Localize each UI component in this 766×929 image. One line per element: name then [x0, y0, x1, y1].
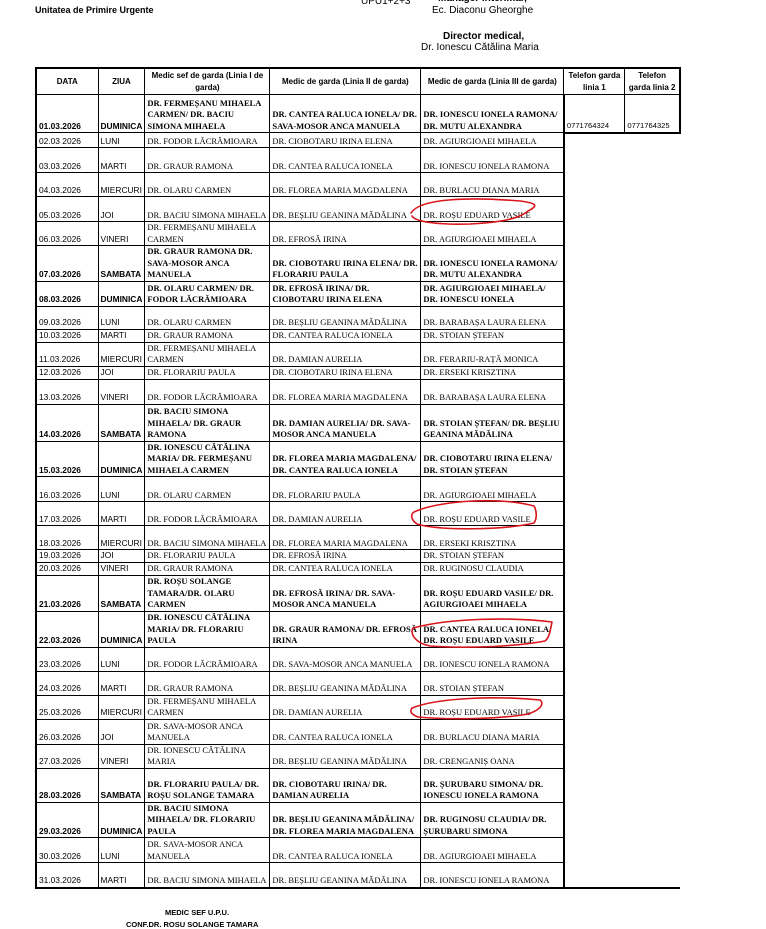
- date-cell: 29.03.2026: [36, 802, 98, 838]
- empty-cell: [625, 526, 680, 550]
- day-cell: SAMBATA: [98, 575, 145, 611]
- line2-doctor-cell: DR. FLOREA MARIA MAGDALENA: [270, 379, 421, 404]
- line2-doctor-cell: DR. BEȘLIU GEANINA MĂDĂLINA: [270, 671, 421, 695]
- line3-doctor-cell: DR. ROȘU EDUARD VASILE: [421, 502, 564, 526]
- column-header-date: DATA: [36, 68, 98, 95]
- empty-cell: [564, 695, 625, 719]
- line2-doctor-cell: DR. CANTEA RALUCA IONELA: [270, 838, 421, 863]
- line1-doctor-cell: DR. GRAUR RAMONA: [145, 148, 270, 173]
- line3-doctor-cell: DR. CIOBOTARU IRINA ELENA/ DR. STOIAN ȘT…: [421, 441, 564, 477]
- empty-cell: [625, 441, 680, 477]
- table-row: 22.03.2026DUMINICADR. IONESCU CĂTĂLINA M…: [36, 611, 680, 647]
- empty-cell: [625, 366, 680, 379]
- date-cell: 31.03.2026: [36, 863, 98, 888]
- day-cell: VINERI: [98, 222, 145, 246]
- day-cell: MARTI: [98, 502, 145, 526]
- empty-cell: [564, 838, 625, 863]
- line2-doctor-cell: DR. EFROSĂ IRINA/ DR. CIOBOTARU IRINA EL…: [270, 281, 421, 306]
- day-cell: LUNI: [98, 647, 145, 671]
- line2-doctor-cell: DR. DAMIAN AURELIA: [270, 342, 421, 366]
- empty-cell: [625, 611, 680, 647]
- line3-doctor-cell: DR. BARABAȘA LAURA ELENA: [421, 306, 564, 329]
- director-name: Dr. Ionescu Cătălina Maria: [421, 42, 539, 53]
- line1-doctor-cell: DR. BACIU SIMONA MIHAELA: [145, 526, 270, 550]
- line3-doctor-cell: DR. FERARIU-RAȚĂ MONICA: [421, 342, 564, 366]
- manager-name: Ec. Diaconu Gheorghe: [432, 5, 533, 16]
- empty-cell: [564, 562, 625, 575]
- line1-doctor-cell: DR. FLORARIU PAULA/ DR. ROȘU SOLANGE TAM…: [145, 768, 270, 802]
- empty-cell: [564, 611, 625, 647]
- line1-doctor-cell: DR. FERMEȘANU MIHAELA CARMEN: [145, 695, 270, 719]
- line2-doctor-cell: DR. CANTEA RALUCA IONELA: [270, 562, 421, 575]
- empty-cell: [625, 802, 680, 838]
- line3-doctor-cell: DR. STOIAN ȘTEFAN: [421, 671, 564, 695]
- table-row: 16.03.2026LUNIDR. OLARU CARMENDR. FLORAR…: [36, 477, 680, 502]
- date-cell: 15.03.2026: [36, 441, 98, 477]
- line2-doctor-cell: DR. CANTEA RALUCA IONELA/ DR. SAVA-MOSOR…: [270, 95, 421, 133]
- table-row: 30.03.2026LUNIDR. SAVA-MOSOR ANCA MANUEL…: [36, 838, 680, 863]
- line1-doctor-cell: DR. SAVA-MOSOR ANCA MANUELA: [145, 719, 270, 744]
- empty-cell: [564, 863, 625, 888]
- empty-cell: [625, 148, 680, 173]
- empty-cell: [564, 502, 625, 526]
- line3-doctor-cell: DR. IONESCU IONELA RAMONA/ DR. MUTU ALEX…: [421, 246, 564, 282]
- line2-doctor-cell: DR. EFROSĂ IRINA/ DR. SAVA-MOSOR ANCA MA…: [270, 575, 421, 611]
- date-cell: 02.03 2026: [36, 133, 98, 148]
- empty-cell: [625, 197, 680, 222]
- line3-doctor-cell: DR. IONESCU IONELA RAMONA: [421, 148, 564, 173]
- day-cell: SAMBATA: [98, 246, 145, 282]
- table-row: 14.03.2026SAMBATADR. BACIU SIMONA MIHAEL…: [36, 404, 680, 441]
- date-cell: 17.03.2026: [36, 502, 98, 526]
- line3-doctor-cell: DR. AGIURGIOAEI MIHAELA: [421, 838, 564, 863]
- date-cell: 08.03.2026: [36, 281, 98, 306]
- line3-doctor-cell: DR. ERSEKI KRISZTINA: [421, 526, 564, 550]
- line2-doctor-cell: DR. CANTEA RALUCA IONELA: [270, 329, 421, 342]
- empty-cell: [625, 647, 680, 671]
- day-cell: MIERCURI: [98, 342, 145, 366]
- day-cell: DUMINICA: [98, 281, 145, 306]
- footer-title: MEDIC SEF U.P.U.: [165, 908, 229, 917]
- date-cell: 07.03.2026: [36, 246, 98, 282]
- line1-doctor-cell: DR. SAVA-MOSOR ANCA MANUELA: [145, 838, 270, 863]
- line2-doctor-cell: DR. FLOREA MARIA MAGDALENA: [270, 173, 421, 197]
- date-cell: 04.03.2026: [36, 173, 98, 197]
- day-cell: SAMBATA: [98, 768, 145, 802]
- date-cell: 11.03.2026: [36, 342, 98, 366]
- line1-doctor-cell: DR. BACIU SIMONA MIHAELA/ DR. FLORARIU P…: [145, 802, 270, 838]
- line1-doctor-cell: DR. BACIU SIMONA MIHAELA: [145, 863, 270, 888]
- manager-title: Manager interimar,: [438, 0, 527, 4]
- empty-cell: [564, 379, 625, 404]
- table-row: 10.03.2026MARTIDR. GRAUR RAMONADR. CANTE…: [36, 329, 680, 342]
- line2-doctor-cell: DR. GRAUR RAMONA/ DR. EFROSĂ IRINA: [270, 611, 421, 647]
- empty-cell: [625, 281, 680, 306]
- day-cell: SAMBATA: [98, 404, 145, 441]
- empty-cell: [564, 768, 625, 802]
- table-row: 09.03.2026LUNIDR. OLARU CARMENDR. BEȘLIU…: [36, 306, 680, 329]
- table-row: 15.03.2026DUMINICADR. IONESCU CĂTĂLINA M…: [36, 441, 680, 477]
- line1-doctor-cell: DR. BACIU SIMONA MIHAELA: [145, 197, 270, 222]
- line2-doctor-cell: DR. CANTEA RALUCA IONELA: [270, 148, 421, 173]
- day-cell: MIERCURI: [98, 173, 145, 197]
- empty-cell: [564, 173, 625, 197]
- empty-cell: [625, 863, 680, 888]
- line2-doctor-cell: DR. BEȘLIU GEANINA MĂDĂLINA: [270, 306, 421, 329]
- date-cell: 10.03.2026: [36, 329, 98, 342]
- table-row: 29.03.2026DUMINICADR. BACIU SIMONA MIHAE…: [36, 802, 680, 838]
- line1-doctor-cell: DR. FLORARIU PAULA: [145, 366, 270, 379]
- table-header-row: DATA ZIUA Medic sef de garda (Linia I de…: [36, 68, 680, 95]
- empty-cell: [564, 719, 625, 744]
- line3-doctor-cell: DR. AGIURGIOAEI MIHAELA: [421, 222, 564, 246]
- line1-doctor-cell: DR. GRAUR RAMONA DR. SAVA-MOSOR ANCA MAN…: [145, 246, 270, 282]
- line1-doctor-cell: DR. FODOR LĂCRĂMIOARA: [145, 502, 270, 526]
- line3-doctor-cell: DR. IONESCU IONELA RAMONA/ DR. MUTU ALEX…: [421, 95, 564, 133]
- day-cell: DUMINICA: [98, 95, 145, 133]
- empty-cell: [625, 744, 680, 768]
- table-row: 06.03.2026VINERIDR. FERMEȘANU MIHAELA CA…: [36, 222, 680, 246]
- date-cell: 09.03.2026: [36, 306, 98, 329]
- date-cell: 19.03.2026: [36, 550, 98, 563]
- line2-doctor-cell: DR. CIOBOTARU IRINA/ DR. DAMIAN AURELIA: [270, 768, 421, 802]
- line3-doctor-cell: DR. ERSEKI KRISZTINA: [421, 366, 564, 379]
- line1-doctor-cell: DR. FODOR LĂCRĂMIOARA: [145, 133, 270, 148]
- day-cell: MIERCURI: [98, 526, 145, 550]
- column-header-line2: Medic de garda (Linia II de garda): [270, 68, 421, 95]
- duty-schedule-table: DATA ZIUA Medic sef de garda (Linia I de…: [35, 67, 681, 889]
- line1-doctor-cell: DR. FERMEȘANU MIHAELA CARMEN/ DR. BACIU …: [145, 95, 270, 133]
- line3-doctor-cell: DR. IONESCU IONELA RAMONA: [421, 863, 564, 888]
- day-cell: MARTI: [98, 863, 145, 888]
- day-cell: VINERI: [98, 744, 145, 768]
- line2-doctor-cell: DR. DAMIAN AURELIA: [270, 695, 421, 719]
- date-cell: 05.03.2026: [36, 197, 98, 222]
- date-cell: 30.03.2026: [36, 838, 98, 863]
- line2-doctor-cell: DR. EFROSĂ IRINA: [270, 550, 421, 563]
- empty-cell: [564, 281, 625, 306]
- line2-doctor-cell: DR. EFROSĂ IRINA: [270, 222, 421, 246]
- line2-doctor-cell: DR. CIOBOTARU IRINA ELENA: [270, 366, 421, 379]
- table-row: 28.03.2026SAMBATADR. FLORARIU PAULA/ DR.…: [36, 768, 680, 802]
- line2-doctor-cell: DR. FLOREA MARIA MAGDALENA: [270, 526, 421, 550]
- table-row: 23.03.2026LUNIDR. FODOR LĂCRĂMIOARADR. S…: [36, 647, 680, 671]
- table-row: 19.03.2026JOIDR. FLORARIU PAULADR. EFROS…: [36, 550, 680, 563]
- unit-name: Unitatea de Primire Urgente: [35, 5, 154, 15]
- line1-doctor-cell: DR. OLARU CARMEN/ DR. FODOR LĂCRĂMIOARA: [145, 281, 270, 306]
- empty-cell: [625, 222, 680, 246]
- line2-doctor-cell: DR. FLOREA MARIA MAGDALENA/ DR. CANTEA R…: [270, 441, 421, 477]
- empty-cell: [564, 342, 625, 366]
- table-row: 25.03.2026MIERCURIDR. FERMEȘANU MIHAELA …: [36, 695, 680, 719]
- line1-doctor-cell: DR. ROȘU SOLANGE TAMARA/DR. OLARU CARMEN: [145, 575, 270, 611]
- table-row: 07.03.2026SAMBATADR. GRAUR RAMONA DR. SA…: [36, 246, 680, 282]
- date-cell: 23.03.2026: [36, 647, 98, 671]
- table-row: 08.03.2026DUMINICADR. OLARU CARMEN/ DR. …: [36, 281, 680, 306]
- table-row: 21.03.2026SAMBATADR. ROȘU SOLANGE TAMARA…: [36, 575, 680, 611]
- day-cell: JOI: [98, 366, 145, 379]
- column-header-line3: Medic de garda (Linia III de garda): [421, 68, 564, 95]
- empty-cell: [625, 838, 680, 863]
- empty-cell: [625, 719, 680, 744]
- line1-doctor-cell: DR. FERMEȘANU MIHAELA CARMEN: [145, 222, 270, 246]
- line1-doctor-cell: DR. OLARU CARMEN: [145, 477, 270, 502]
- empty-cell: [564, 477, 625, 502]
- line1-doctor-cell: DR. FODOR LĂCRĂMIOARA: [145, 379, 270, 404]
- empty-cell: [625, 173, 680, 197]
- empty-cell: [625, 550, 680, 563]
- empty-cell: [625, 306, 680, 329]
- empty-cell: [625, 671, 680, 695]
- line1-doctor-cell: DR. BACIU SIMONA MIHAELA/ DR. GRAUR RAMO…: [145, 404, 270, 441]
- line2-doctor-cell: DR. BEȘLIU GEANINA MĂDĂLINA: [270, 863, 421, 888]
- line3-doctor-cell: DR. STOIAN ȘTEFAN: [421, 329, 564, 342]
- line3-doctor-cell: DR. BARABAȘA LAURA ELENA: [421, 379, 564, 404]
- empty-cell: [564, 526, 625, 550]
- empty-cell: [625, 575, 680, 611]
- line3-doctor-cell: DR. ROȘU EDUARD VASILE: [421, 197, 564, 222]
- date-cell: 21.03.2026: [36, 575, 98, 611]
- line3-doctor-cell: DR. STOIAN ȘTEFAN: [421, 550, 564, 563]
- empty-cell: [564, 802, 625, 838]
- empty-cell: [625, 342, 680, 366]
- line3-doctor-cell: DR. ROȘU EDUARD VASILE/ DR. AGIURGIOAEI …: [421, 575, 564, 611]
- date-cell: 26.03.2026: [36, 719, 98, 744]
- day-cell: VINERI: [98, 562, 145, 575]
- table-row: 04.03.2026MIERCURIDR. OLARU CARMENDR. FL…: [36, 173, 680, 197]
- day-cell: JOI: [98, 550, 145, 563]
- date-cell: 03.03.2026: [36, 148, 98, 173]
- empty-cell: [625, 768, 680, 802]
- column-header-day: ZIUA: [98, 68, 145, 95]
- day-cell: LUNI: [98, 838, 145, 863]
- column-header-line1: Medic sef de garda (Linia I de garda): [145, 68, 270, 95]
- empty-cell: [625, 404, 680, 441]
- column-header-phone2: Telefon garda linia 2: [625, 68, 680, 95]
- line3-doctor-cell: DR. BURLACU DIANA MARIA: [421, 173, 564, 197]
- empty-cell: [625, 379, 680, 404]
- date-cell: 22.03.2026: [36, 611, 98, 647]
- empty-cell: [564, 647, 625, 671]
- table-row: 17.03.2026MARTIDR. FODOR LĂCRĂMIOARADR. …: [36, 502, 680, 526]
- day-cell: DUMINICA: [98, 611, 145, 647]
- day-cell: MARTI: [98, 671, 145, 695]
- phone-line1: 0771764324: [564, 95, 625, 133]
- date-cell: 20.03.2026: [36, 562, 98, 575]
- line1-doctor-cell: DR. GRAUR RAMONA: [145, 329, 270, 342]
- empty-cell: [564, 671, 625, 695]
- empty-cell: [564, 197, 625, 222]
- date-cell: 13.03.2026: [36, 379, 98, 404]
- table-row: 12.03.2026JOIDR. FLORARIU PAULADR. CIOBO…: [36, 366, 680, 379]
- column-header-phone1: Telefon garda linia 1: [564, 68, 625, 95]
- table-row: 20.03.2026VINERIDR. GRAUR RAMONADR. CANT…: [36, 562, 680, 575]
- table-row: 02.03 2026LUNIDR. FODOR LĂCRĂMIOARADR. C…: [36, 133, 680, 148]
- line2-doctor-cell: DR. BEȘLIU GEANINA MĂDĂLINA: [270, 744, 421, 768]
- date-cell: 14.03.2026: [36, 404, 98, 441]
- line3-doctor-cell: DR. STOIAN ȘTEFAN/ DR. BEȘLIU GEANINA MĂ…: [421, 404, 564, 441]
- line2-doctor-cell: DR. CIOBOTARU IRINA ELENA: [270, 133, 421, 148]
- line3-doctor-cell: DR. ROȘU EDUARD VASILE: [421, 695, 564, 719]
- line1-doctor-cell: DR. FODOR LĂCRĂMIOARA: [145, 647, 270, 671]
- empty-cell: [564, 133, 625, 148]
- line1-doctor-cell: DR. IONESCU CĂTĂLINA MARIA/ DR. FLORARIU…: [145, 611, 270, 647]
- day-cell: DUMINICA: [98, 441, 145, 477]
- line2-doctor-cell: DR. SAVA-MOSOR ANCA MANUELA: [270, 647, 421, 671]
- line2-doctor-cell: DR. DAMIAN AURELIA/ DR. SAVA-MOSOR ANCA …: [270, 404, 421, 441]
- date-cell: 01.03.2026: [36, 95, 98, 133]
- date-cell: 12.03.2026: [36, 366, 98, 379]
- line1-doctor-cell: DR. OLARU CARMEN: [145, 173, 270, 197]
- empty-cell: [564, 575, 625, 611]
- empty-cell: [564, 744, 625, 768]
- empty-cell: [564, 550, 625, 563]
- date-cell: 28.03.2026: [36, 768, 98, 802]
- table-row: 27.03.2026VINERIDR. IONESCU CĂTĂLINA MAR…: [36, 744, 680, 768]
- line3-doctor-cell: DR. RUGINOSU CLAUDIA: [421, 562, 564, 575]
- table-row: 11.03.2026MIERCURIDR. FERMEȘANU MIHAELA …: [36, 342, 680, 366]
- line3-doctor-cell: DR. AGIURGIOAEI MIHAELA: [421, 477, 564, 502]
- day-cell: MIERCURI: [98, 695, 145, 719]
- day-cell: JOI: [98, 197, 145, 222]
- line1-doctor-cell: DR. FERMEȘANU MIHAELA CARMEN: [145, 342, 270, 366]
- line3-doctor-cell: DR. ȘURUBARU SIMONA/ DR. IONESCU IONELA …: [421, 768, 564, 802]
- empty-cell: [625, 133, 680, 148]
- line3-doctor-cell: DR. BURLACU DIANA MARIA: [421, 719, 564, 744]
- line2-doctor-cell: DR. FLORARIU PAULA: [270, 477, 421, 502]
- line3-doctor-cell: DR. RUGINOSU CLAUDIA/ DR. ȘURUBARU SIMON…: [421, 802, 564, 838]
- date-cell: 27.03.2026: [36, 744, 98, 768]
- line1-doctor-cell: DR. GRAUR RAMONA: [145, 671, 270, 695]
- line3-doctor-cell: DR. AGIURGIOAEI MIHAELA: [421, 133, 564, 148]
- phone-line2: 0771764325: [625, 95, 680, 133]
- line2-doctor-cell: DR. BEȘLIU GEANINA MĂDĂLINA/ DR. FLOREA …: [270, 802, 421, 838]
- table-row: 18.03.2026MIERCURIDR. BACIU SIMONA MIHAE…: [36, 526, 680, 550]
- table-row: 03.03.2026MARTIDR. GRAUR RAMONADR. CANTE…: [36, 148, 680, 173]
- line1-doctor-cell: DR. FLORARIU PAULA: [145, 550, 270, 563]
- empty-cell: [625, 329, 680, 342]
- table-row: 13.03.2026VINERIDR. FODOR LĂCRĂMIOARADR.…: [36, 379, 680, 404]
- line3-doctor-cell: DR. IONESCU IONELA RAMONA: [421, 647, 564, 671]
- empty-cell: [625, 695, 680, 719]
- date-cell: 24.03.2026: [36, 671, 98, 695]
- date-cell: 18.03.2026: [36, 526, 98, 550]
- day-cell: MARTI: [98, 329, 145, 342]
- day-cell: LUNI: [98, 477, 145, 502]
- table-row: 01.03.2026DUMINICADR. FERMEȘANU MIHAELA …: [36, 95, 680, 133]
- line2-doctor-cell: DR. BEȘLIU GEANINA MĂDĂLINA: [270, 197, 421, 222]
- day-cell: MARTI: [98, 148, 145, 173]
- director-title: Director medical,: [443, 31, 524, 42]
- line1-doctor-cell: DR. IONESCU CĂTĂLINA MARIA/ DR. FERMEȘAN…: [145, 441, 270, 477]
- empty-cell: [625, 477, 680, 502]
- line3-doctor-cell: DR. CANTEA RALUCA IONELA/ DR. ROȘU EDUAR…: [421, 611, 564, 647]
- empty-cell: [564, 441, 625, 477]
- empty-cell: [625, 502, 680, 526]
- day-cell: VINERI: [98, 379, 145, 404]
- empty-cell: [564, 404, 625, 441]
- empty-cell: [564, 148, 625, 173]
- table-row: 05.03.2026JOIDR. BACIU SIMONA MIHAELADR.…: [36, 197, 680, 222]
- line1-doctor-cell: DR. OLARU CARMEN: [145, 306, 270, 329]
- empty-cell: [564, 222, 625, 246]
- line1-doctor-cell: DR. GRAUR RAMONA: [145, 562, 270, 575]
- date-cell: 06.03.2026: [36, 222, 98, 246]
- day-cell: JOI: [98, 719, 145, 744]
- line3-doctor-cell: DR. AGIURGIOAEI MIHAELA/ DR. IONESCU ION…: [421, 281, 564, 306]
- empty-cell: [564, 329, 625, 342]
- date-cell: 25.03.2026: [36, 695, 98, 719]
- line2-doctor-cell: DR. CANTEA RALUCA IONELA: [270, 719, 421, 744]
- empty-cell: [625, 246, 680, 282]
- date-cell: 16.03.2026: [36, 477, 98, 502]
- section-label: UPU1+2+3: [361, 0, 410, 7]
- footer-signatory: CONF.DR. ROSU SOLANGE TAMARA: [126, 920, 258, 929]
- table-row: 24.03.2026MARTIDR. GRAUR RAMONADR. BEȘLI…: [36, 671, 680, 695]
- line1-doctor-cell: DR. IONESCU CĂTĂLINA MARIA: [145, 744, 270, 768]
- table-row: 26.03.2026JOIDR. SAVA-MOSOR ANCA MANUELA…: [36, 719, 680, 744]
- empty-cell: [625, 562, 680, 575]
- line2-doctor-cell: DR. CIOBOTARU IRINA ELENA/ DR. FLORARIU …: [270, 246, 421, 282]
- day-cell: LUNI: [98, 306, 145, 329]
- day-cell: LUNI: [98, 133, 145, 148]
- empty-cell: [564, 366, 625, 379]
- day-cell: DUMINICA: [98, 802, 145, 838]
- table-row: 31.03.2026MARTIDR. BACIU SIMONA MIHAELAD…: [36, 863, 680, 888]
- line2-doctor-cell: DR. DAMIAN AURELIA: [270, 502, 421, 526]
- line3-doctor-cell: DR. CRENGANIȘ OANA: [421, 744, 564, 768]
- empty-cell: [564, 246, 625, 282]
- empty-cell: [564, 306, 625, 329]
